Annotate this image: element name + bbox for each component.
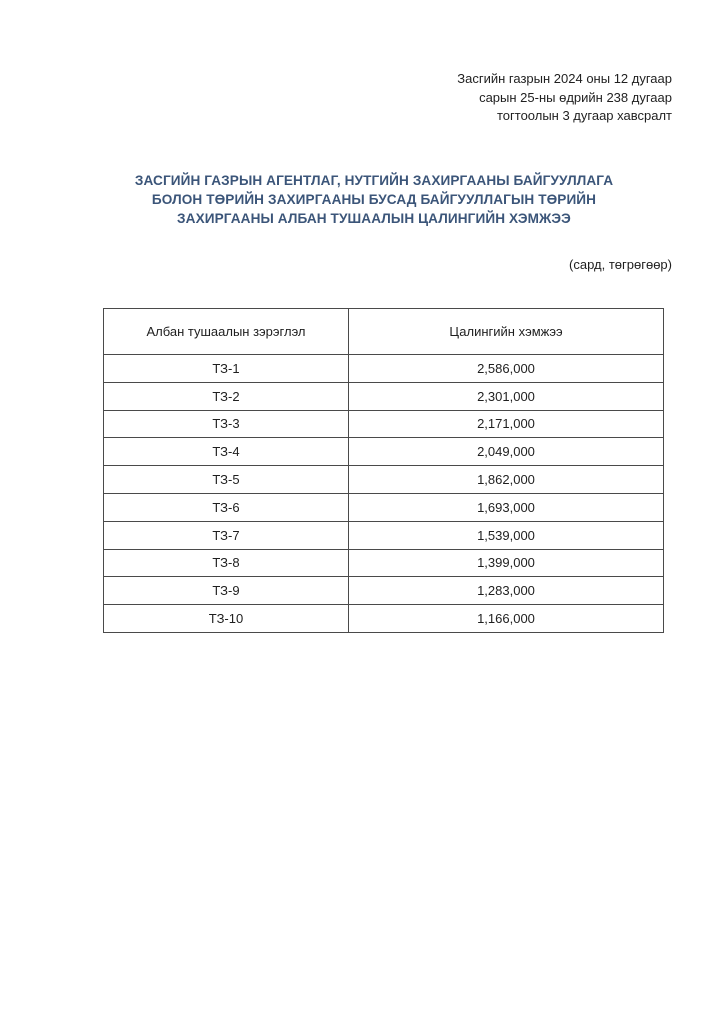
grade-cell: ТЗ-5 bbox=[104, 466, 349, 494]
table-row: ТЗ-91,283,000 bbox=[104, 577, 664, 605]
grade-cell: ТЗ-1 bbox=[104, 355, 349, 383]
salary-cell: 2,301,000 bbox=[349, 382, 664, 410]
table-row: ТЗ-71,539,000 bbox=[104, 521, 664, 549]
table-row: ТЗ-12,586,000 bbox=[104, 355, 664, 383]
table-row: ТЗ-22,301,000 bbox=[104, 382, 664, 410]
table-header-row: Албан тушаалын зэрэглэл Цалингийн хэмжээ bbox=[104, 309, 664, 355]
header-grade: Албан тушаалын зэрэглэл bbox=[104, 309, 349, 355]
salary-table: Албан тушаалын зэрэглэл Цалингийн хэмжээ… bbox=[103, 308, 664, 633]
salary-cell: 1,693,000 bbox=[349, 493, 664, 521]
salary-cell: 2,586,000 bbox=[349, 355, 664, 383]
salary-cell: 1,539,000 bbox=[349, 521, 664, 549]
grade-cell: ТЗ-10 bbox=[104, 605, 349, 633]
annex-line: тогтоолын 3 дугаар хавсралт bbox=[457, 107, 672, 126]
annex-line: Засгийн газрын 2024 оны 12 дугаар bbox=[457, 70, 672, 89]
grade-cell: ТЗ-7 bbox=[104, 521, 349, 549]
salary-cell: 1,862,000 bbox=[349, 466, 664, 494]
title-line: БОЛОН ТӨРИЙН ЗАХИРГААНЫ БУСАД БАЙГУУЛЛАГ… bbox=[100, 190, 648, 209]
table-row: ТЗ-32,171,000 bbox=[104, 410, 664, 438]
title-line: ЗАСГИЙН ГАЗРЫН АГЕНТЛАГ, НУТГИЙН ЗАХИРГА… bbox=[100, 171, 648, 190]
salary-cell: 1,399,000 bbox=[349, 549, 664, 577]
unit-note: (сард, төгрөгөөр) bbox=[569, 257, 672, 272]
document-title: ЗАСГИЙН ГАЗРЫН АГЕНТЛАГ, НУТГИЙН ЗАХИРГА… bbox=[100, 171, 648, 228]
salary-cell: 2,049,000 bbox=[349, 438, 664, 466]
salary-cell: 1,166,000 bbox=[349, 605, 664, 633]
salary-cell: 2,171,000 bbox=[349, 410, 664, 438]
table-row: ТЗ-42,049,000 bbox=[104, 438, 664, 466]
table-row: ТЗ-101,166,000 bbox=[104, 605, 664, 633]
table-row: ТЗ-51,862,000 bbox=[104, 466, 664, 494]
grade-cell: ТЗ-2 bbox=[104, 382, 349, 410]
grade-cell: ТЗ-8 bbox=[104, 549, 349, 577]
annex-line: сарын 25-ны өдрийн 238 дугаар bbox=[457, 89, 672, 108]
grade-cell: ТЗ-6 bbox=[104, 493, 349, 521]
salary-cell: 1,283,000 bbox=[349, 577, 664, 605]
annex-reference: Засгийн газрын 2024 оны 12 дугаар сарын … bbox=[457, 70, 672, 126]
grade-cell: ТЗ-9 bbox=[104, 577, 349, 605]
header-salary: Цалингийн хэмжээ bbox=[349, 309, 664, 355]
table-row: ТЗ-81,399,000 bbox=[104, 549, 664, 577]
table-row: ТЗ-61,693,000 bbox=[104, 493, 664, 521]
grade-cell: ТЗ-4 bbox=[104, 438, 349, 466]
grade-cell: ТЗ-3 bbox=[104, 410, 349, 438]
title-line: ЗАХИРГААНЫ АЛБАН ТУШААЛЫН ЦАЛИНГИЙН ХЭМЖ… bbox=[100, 209, 648, 228]
